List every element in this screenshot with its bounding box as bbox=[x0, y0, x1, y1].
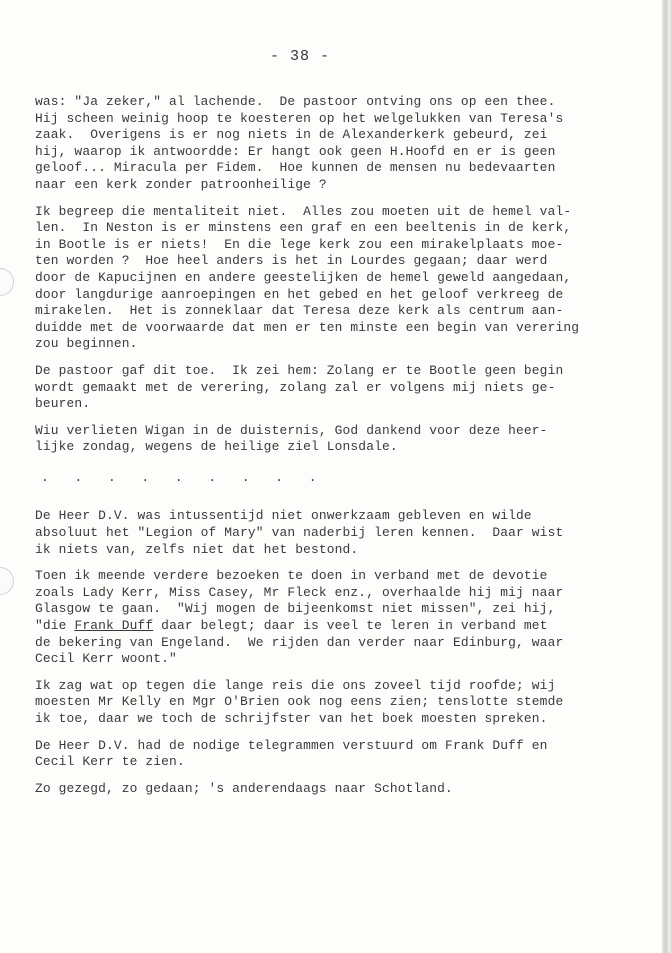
punch-hole-top bbox=[0, 268, 14, 296]
text-line: Zo gezegd, zo gedaan; 's anderendaags na… bbox=[35, 781, 635, 798]
underlined-name: Frank Duff bbox=[74, 618, 153, 633]
text-line: Wiu verlieten Wigan in de duisternis, Go… bbox=[35, 423, 635, 440]
body-text: was: "Ja zeker," al lachende. De pastoor… bbox=[35, 94, 635, 807]
paragraph: Zo gezegd, zo gedaan; 's anderendaags na… bbox=[35, 781, 635, 798]
text-line: De Heer D.V. was intussentijd niet onwer… bbox=[35, 508, 635, 525]
text-line: Cecil Kerr woont." bbox=[35, 651, 635, 668]
text-line: mirakelen. Het is zonneklaar dat Teresa … bbox=[35, 303, 635, 320]
text-line: "die Frank Duff daar belegt; daar is vee… bbox=[35, 618, 635, 635]
paragraph: Wiu verlieten Wigan in de duisternis, Go… bbox=[35, 423, 635, 456]
text-line: moesten Mr Kelly en Mgr O'Brien ook nog … bbox=[35, 694, 635, 711]
text-line: Hij scheen weinig hoop te koesteren op h… bbox=[35, 111, 635, 128]
paragraphs-after-separator: De Heer D.V. was intussentijd niet onwer… bbox=[35, 508, 635, 797]
page-number: - 38 - bbox=[0, 48, 600, 65]
paragraph: De Heer D.V. was intussentijd niet onwer… bbox=[35, 508, 635, 558]
text-line: De Heer D.V. had de nodige telegrammen v… bbox=[35, 738, 635, 755]
text-line: Ik zag wat op tegen die lange reis die o… bbox=[35, 678, 635, 695]
text-line: ik toe, daar we toch de schrijfster van … bbox=[35, 711, 635, 728]
text-line: hij, waarop ik antwoordde: Er hangt ook … bbox=[35, 144, 635, 161]
text-line: zou beginnen. bbox=[35, 336, 635, 353]
page-edge-shadow bbox=[662, 0, 672, 953]
paragraph: De pastoor gaf dit toe. Ik zei hem: Zola… bbox=[35, 363, 635, 413]
text-line: zaak. Overigens is er nog niets in de Al… bbox=[35, 127, 635, 144]
text-line: De pastoor gaf dit toe. Ik zei hem: Zola… bbox=[35, 363, 635, 380]
text-line: duidde met de voorwaarde dat men er ten … bbox=[35, 320, 635, 337]
text-line: geloof... Miracula per Fidem. Hoe kunnen… bbox=[35, 160, 635, 177]
text-line: Toen ik meende verdere bezoeken te doen … bbox=[35, 568, 635, 585]
text-line: lijke zondag, wegens de heilige ziel Lon… bbox=[35, 439, 635, 456]
paragraph: Ik begreep die mentaliteit niet. Alles z… bbox=[35, 204, 635, 353]
text-line: door langdurige aanroepingen en het gebe… bbox=[35, 287, 635, 304]
text-line: wordt gemaakt met de verering, zolang za… bbox=[35, 380, 635, 397]
text-line: door de Kapucijnen en andere geestelijke… bbox=[35, 270, 635, 287]
paragraph: De Heer D.V. had de nodige telegrammen v… bbox=[35, 738, 635, 771]
text-line: in Bootle is er niets! En die lege kerk … bbox=[35, 237, 635, 254]
paragraphs-before-separator: was: "Ja zeker," al lachende. De pastoor… bbox=[35, 94, 635, 456]
paragraph: Toen ik meende verdere bezoeken te doen … bbox=[35, 568, 635, 668]
text-line: Glasgow te gaan. "Wij mogen de bijeenkom… bbox=[35, 601, 635, 618]
text-line: zoals Lady Kerr, Miss Casey, Mr Fleck en… bbox=[35, 585, 635, 602]
paragraph: Ik zag wat op tegen die lange reis die o… bbox=[35, 678, 635, 728]
text-line: Cecil Kerr te zien. bbox=[35, 754, 635, 771]
text-line: ik niets van, zelfs niet dat het bestond… bbox=[35, 542, 635, 559]
text-line: beuren. bbox=[35, 396, 635, 413]
text-line: absoluut het "Legion of Mary" van naderb… bbox=[35, 525, 635, 542]
paragraph: was: "Ja zeker," al lachende. De pastoor… bbox=[35, 94, 635, 194]
text-line: len. In Neston is er minstens een graf e… bbox=[35, 220, 635, 237]
text-line: Ik begreep die mentaliteit niet. Alles z… bbox=[35, 204, 635, 221]
text-line: naar een kerk zonder patroonheilige ? bbox=[35, 177, 635, 194]
text-line: was: "Ja zeker," al lachende. De pastoor… bbox=[35, 94, 635, 111]
text-line: de bekering van Engeland. We rijden dan … bbox=[35, 635, 635, 652]
section-separator: . . . . . . . . . bbox=[41, 470, 635, 487]
text-line: ten worden ? Hoe heel anders is het in L… bbox=[35, 253, 635, 270]
punch-hole-bottom bbox=[0, 567, 14, 595]
